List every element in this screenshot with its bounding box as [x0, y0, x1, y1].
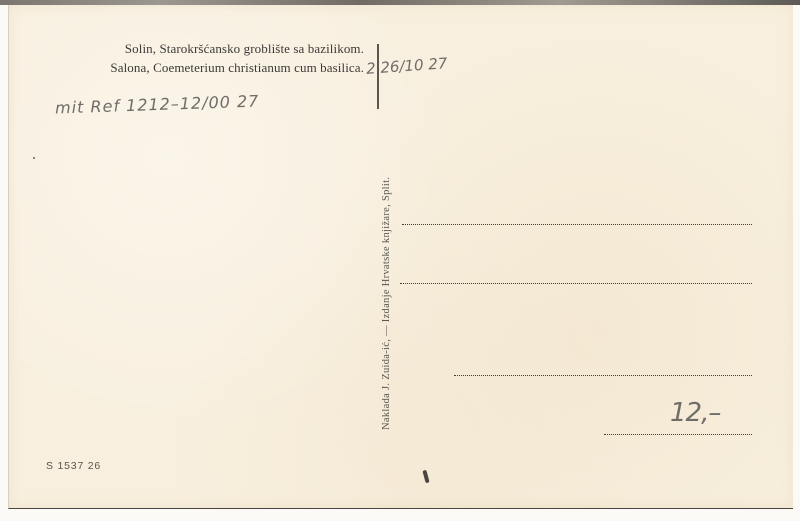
address-line-4 — [604, 434, 752, 435]
postcard-caption: Solin, Starokršćansko groblište sa bazil… — [34, 39, 364, 77]
publisher-imprint: Naklada J. Zuida-ić, — Izdanje Hrvatske … — [381, 110, 392, 430]
caption-line-croatian: Solin, Starokršćansko groblište sa bazil… — [34, 39, 364, 58]
address-line-3 — [454, 375, 752, 376]
caption-line-latin: Salona, Coemeterium christianum cum basi… — [34, 58, 364, 77]
address-line-1 — [402, 224, 752, 225]
catalog-code: S 1537 26 — [46, 460, 101, 472]
handwritten-price: 12,– — [670, 398, 720, 428]
paper-mark — [33, 157, 35, 159]
address-line-2 — [400, 283, 752, 284]
